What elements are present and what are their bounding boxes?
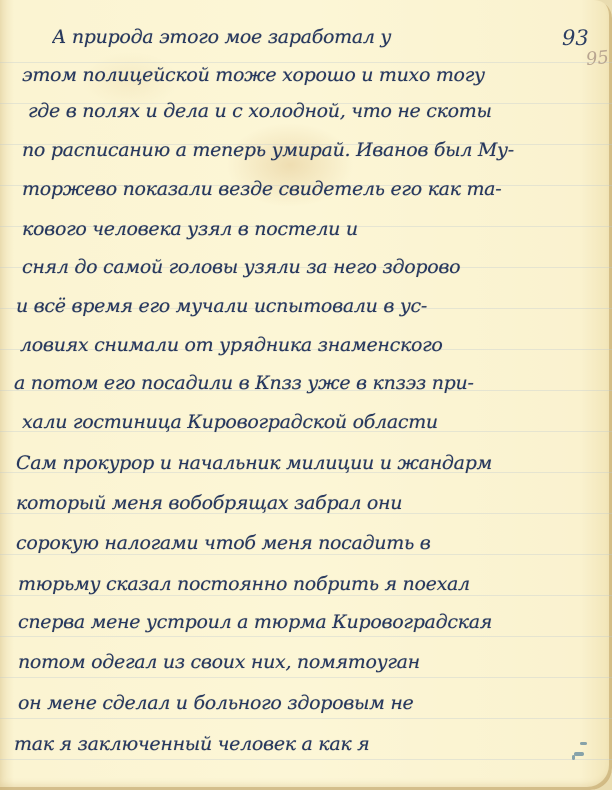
text-line: Сам прокурор и начальник милиции и жанда… (16, 446, 576, 480)
text-line: А природа этого мое заработал у (52, 20, 612, 54)
text-line: он мене сделал и больного здоровым не (18, 686, 578, 720)
text-line: снял до самой головы узяли за него здоро… (22, 250, 582, 284)
text-line: хали гостиница Кировоградской области (22, 405, 582, 439)
text-line: так я заключенный человек а как я (14, 727, 574, 761)
text-line: сперва мене устроил а тюрма Кировоградск… (18, 605, 578, 639)
text-line: потом одегал из своих них, помятоуган (18, 645, 578, 679)
text-line: тюрьму сказал постоянно побрить я поехал (18, 567, 578, 601)
text-line: ловиях снимали от урядника знаменского (20, 328, 580, 362)
text-line: сорокую налогами чтоб меня посадить в (16, 526, 576, 560)
text-line: который меня вобобрящах забрал они (16, 486, 576, 520)
ink-smudge (570, 740, 592, 760)
text-line: а потом его посадили в Кпзз уже в кпзэз … (14, 366, 574, 400)
handwritten-text-body: А природа этого мое заработал у этом пол… (0, 0, 612, 790)
text-line: по расписанию а теперь умирай. Иванов бы… (22, 133, 582, 167)
text-line: и всё время его мучали испытовали в ус- (16, 289, 576, 323)
text-line: кового человека узял в постели и (22, 212, 582, 246)
text-line: где в полях и дела и с холодной, что не … (28, 94, 588, 128)
text-line: торжево показали везде свидетель его как… (22, 172, 582, 206)
text-line: этом полицейской тоже хорошо и тихо тогу (22, 58, 582, 92)
